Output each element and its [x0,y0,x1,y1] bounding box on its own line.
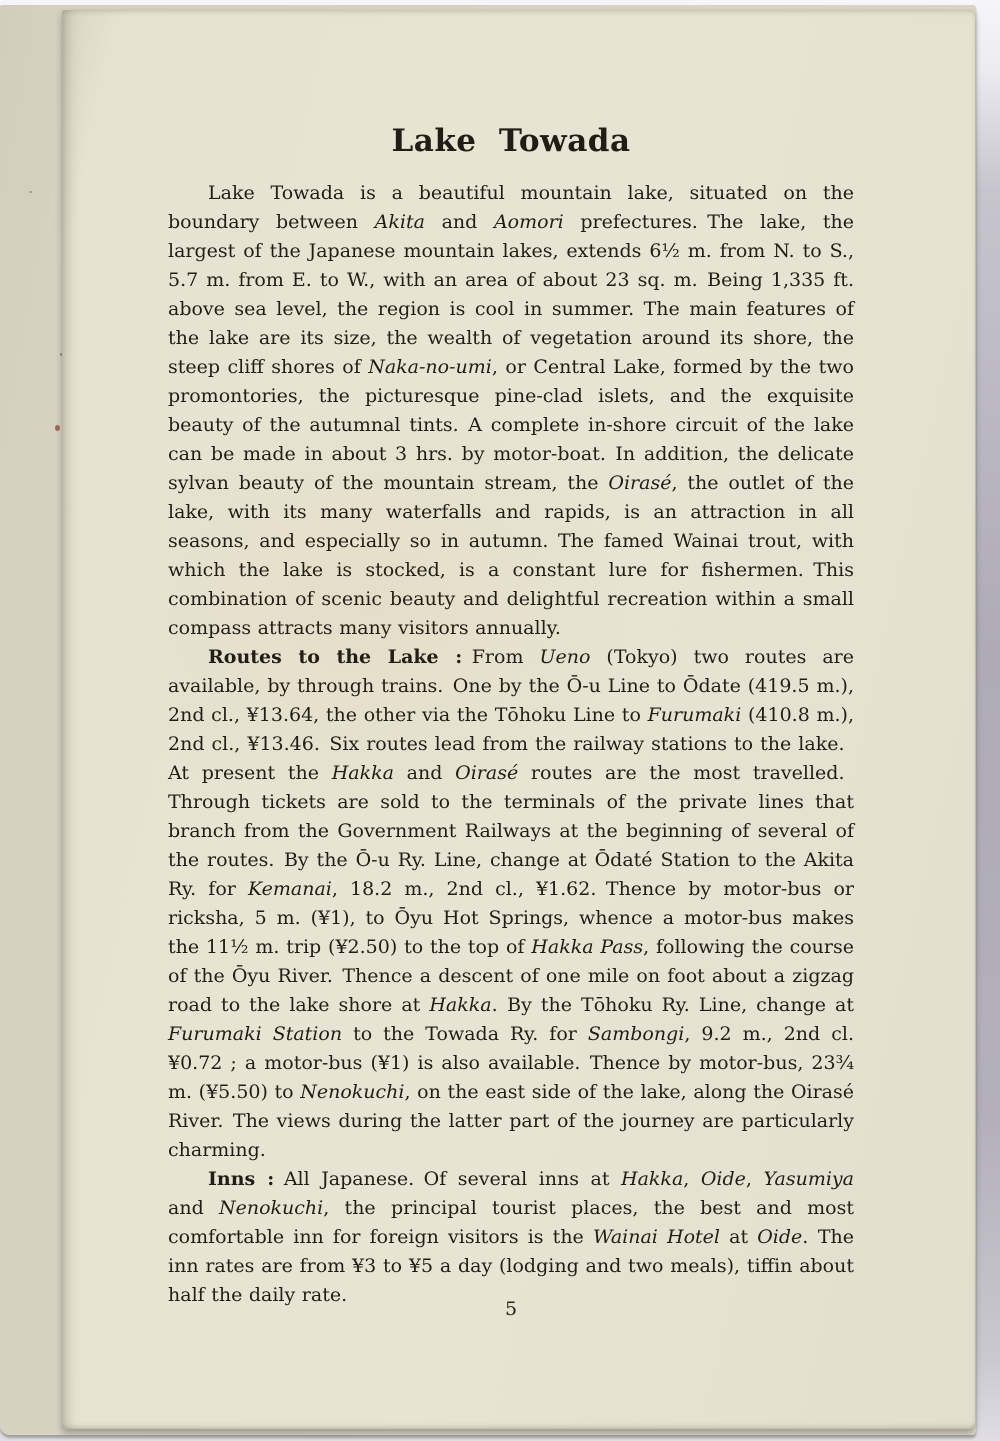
page-title: Lake Towada [168,122,854,160]
paragraph-routes: Routes to the Lake : From Ueno (Tokyo) t… [168,643,854,1165]
page-number: 5 [168,1298,854,1320]
text-block: Lake Towada Lake Towada is a beautiful m… [168,122,854,1310]
paper-speck-red [55,425,60,431]
photo-backdrop: Lake Towada Lake Towada is a beautiful m… [0,0,1000,1441]
book-page: Lake Towada Lake Towada is a beautiful m… [62,10,975,1429]
paper-speck-faint [29,191,32,193]
paragraph-intro: Lake Towada is a beautiful mountain lake… [168,179,854,643]
paragraph-inns: Inns : All Japanese. Of several inns at … [168,1165,854,1310]
body-text: Lake Towada is a beautiful mountain lake… [168,179,854,1310]
